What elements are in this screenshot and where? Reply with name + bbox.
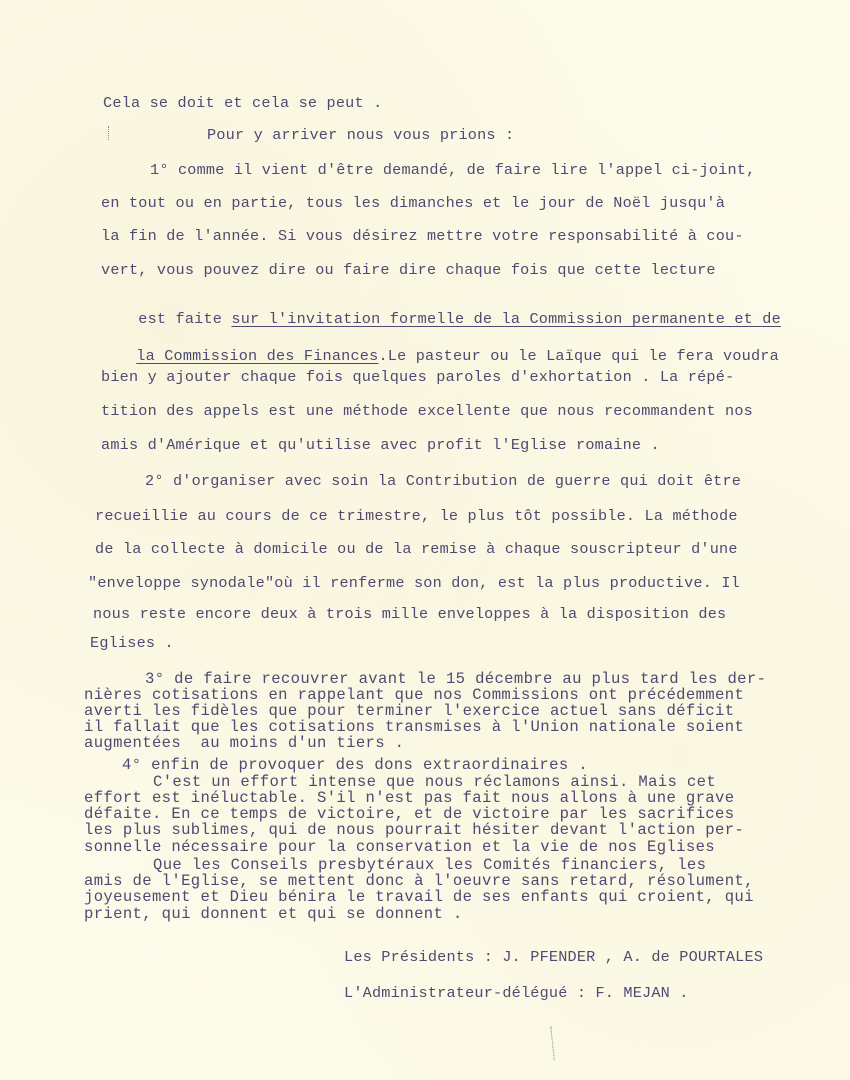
margin-mark	[108, 126, 112, 140]
closing-line: les plus sublimes, qui de nous pourrait …	[84, 823, 744, 839]
item1-line: la fin de l'année. Si vous désirez mettr…	[101, 229, 744, 244]
item1-line5-prefix: est faite	[138, 310, 231, 328]
item1-line: en tout ou en partie, tous les dimanches…	[101, 196, 725, 211]
presidents-signature: Les Présidents : J. PFENDER , A. de POUR…	[344, 950, 763, 965]
closing-line: prient, qui donnent et qui se donnent .	[84, 907, 463, 923]
underlined-invitation: sur l'invitation formelle de la Commissi…	[231, 310, 781, 328]
item1-line: 1° comme il vient d'être demandé, de fai…	[150, 163, 755, 178]
item2-line: de la collecte à domicile ou de la remis…	[95, 542, 738, 557]
pencil-stroke-mark	[550, 1026, 559, 1060]
item4-line: 4° enfin de provoquer des dons extraordi…	[122, 758, 588, 774]
item2-line: nous reste encore deux à trois mille env…	[93, 607, 726, 622]
closing-line: sonnelle nécessaire pour la conservation…	[84, 840, 715, 856]
underlined-commission-finances: la Commission des Finances	[136, 347, 378, 365]
typewritten-letter-page: Cela se doit et cela se peut . Pour y ar…	[0, 0, 850, 1080]
item1-line: bien y ajouter chaque fois quelques paro…	[101, 370, 734, 385]
request-intro: Pour y arriver nous vous prions :	[207, 128, 514, 143]
item3-line: augmentées au moins d'un tiers .	[84, 736, 404, 752]
item2-line: 2° d'organiser avec soin la Contribution…	[145, 474, 741, 489]
item1-line: amis d'Amérique et qu'utilise avec profi…	[101, 438, 660, 453]
item2-line: Eglises .	[90, 636, 174, 651]
item1-line6-rest: .Le pasteur ou le Laïque qui le fera vou…	[378, 347, 779, 365]
item1-line: vert, vous pouvez dire ou faire dire cha…	[101, 263, 716, 278]
item2-line: recueillie au cours de ce trimestre, le …	[95, 509, 738, 524]
intro-line: Cela se doit et cela se peut .	[103, 96, 382, 111]
item1-line: tition des appels est une méthode excell…	[101, 404, 753, 419]
closing-line: joyeusement et Dieu bénira le travail de…	[84, 890, 754, 906]
item2-line: "enveloppe synodale"où il renferme son d…	[88, 576, 740, 591]
administrator-signature: L'Administrateur-délégué : F. MEJAN .	[344, 986, 689, 1001]
